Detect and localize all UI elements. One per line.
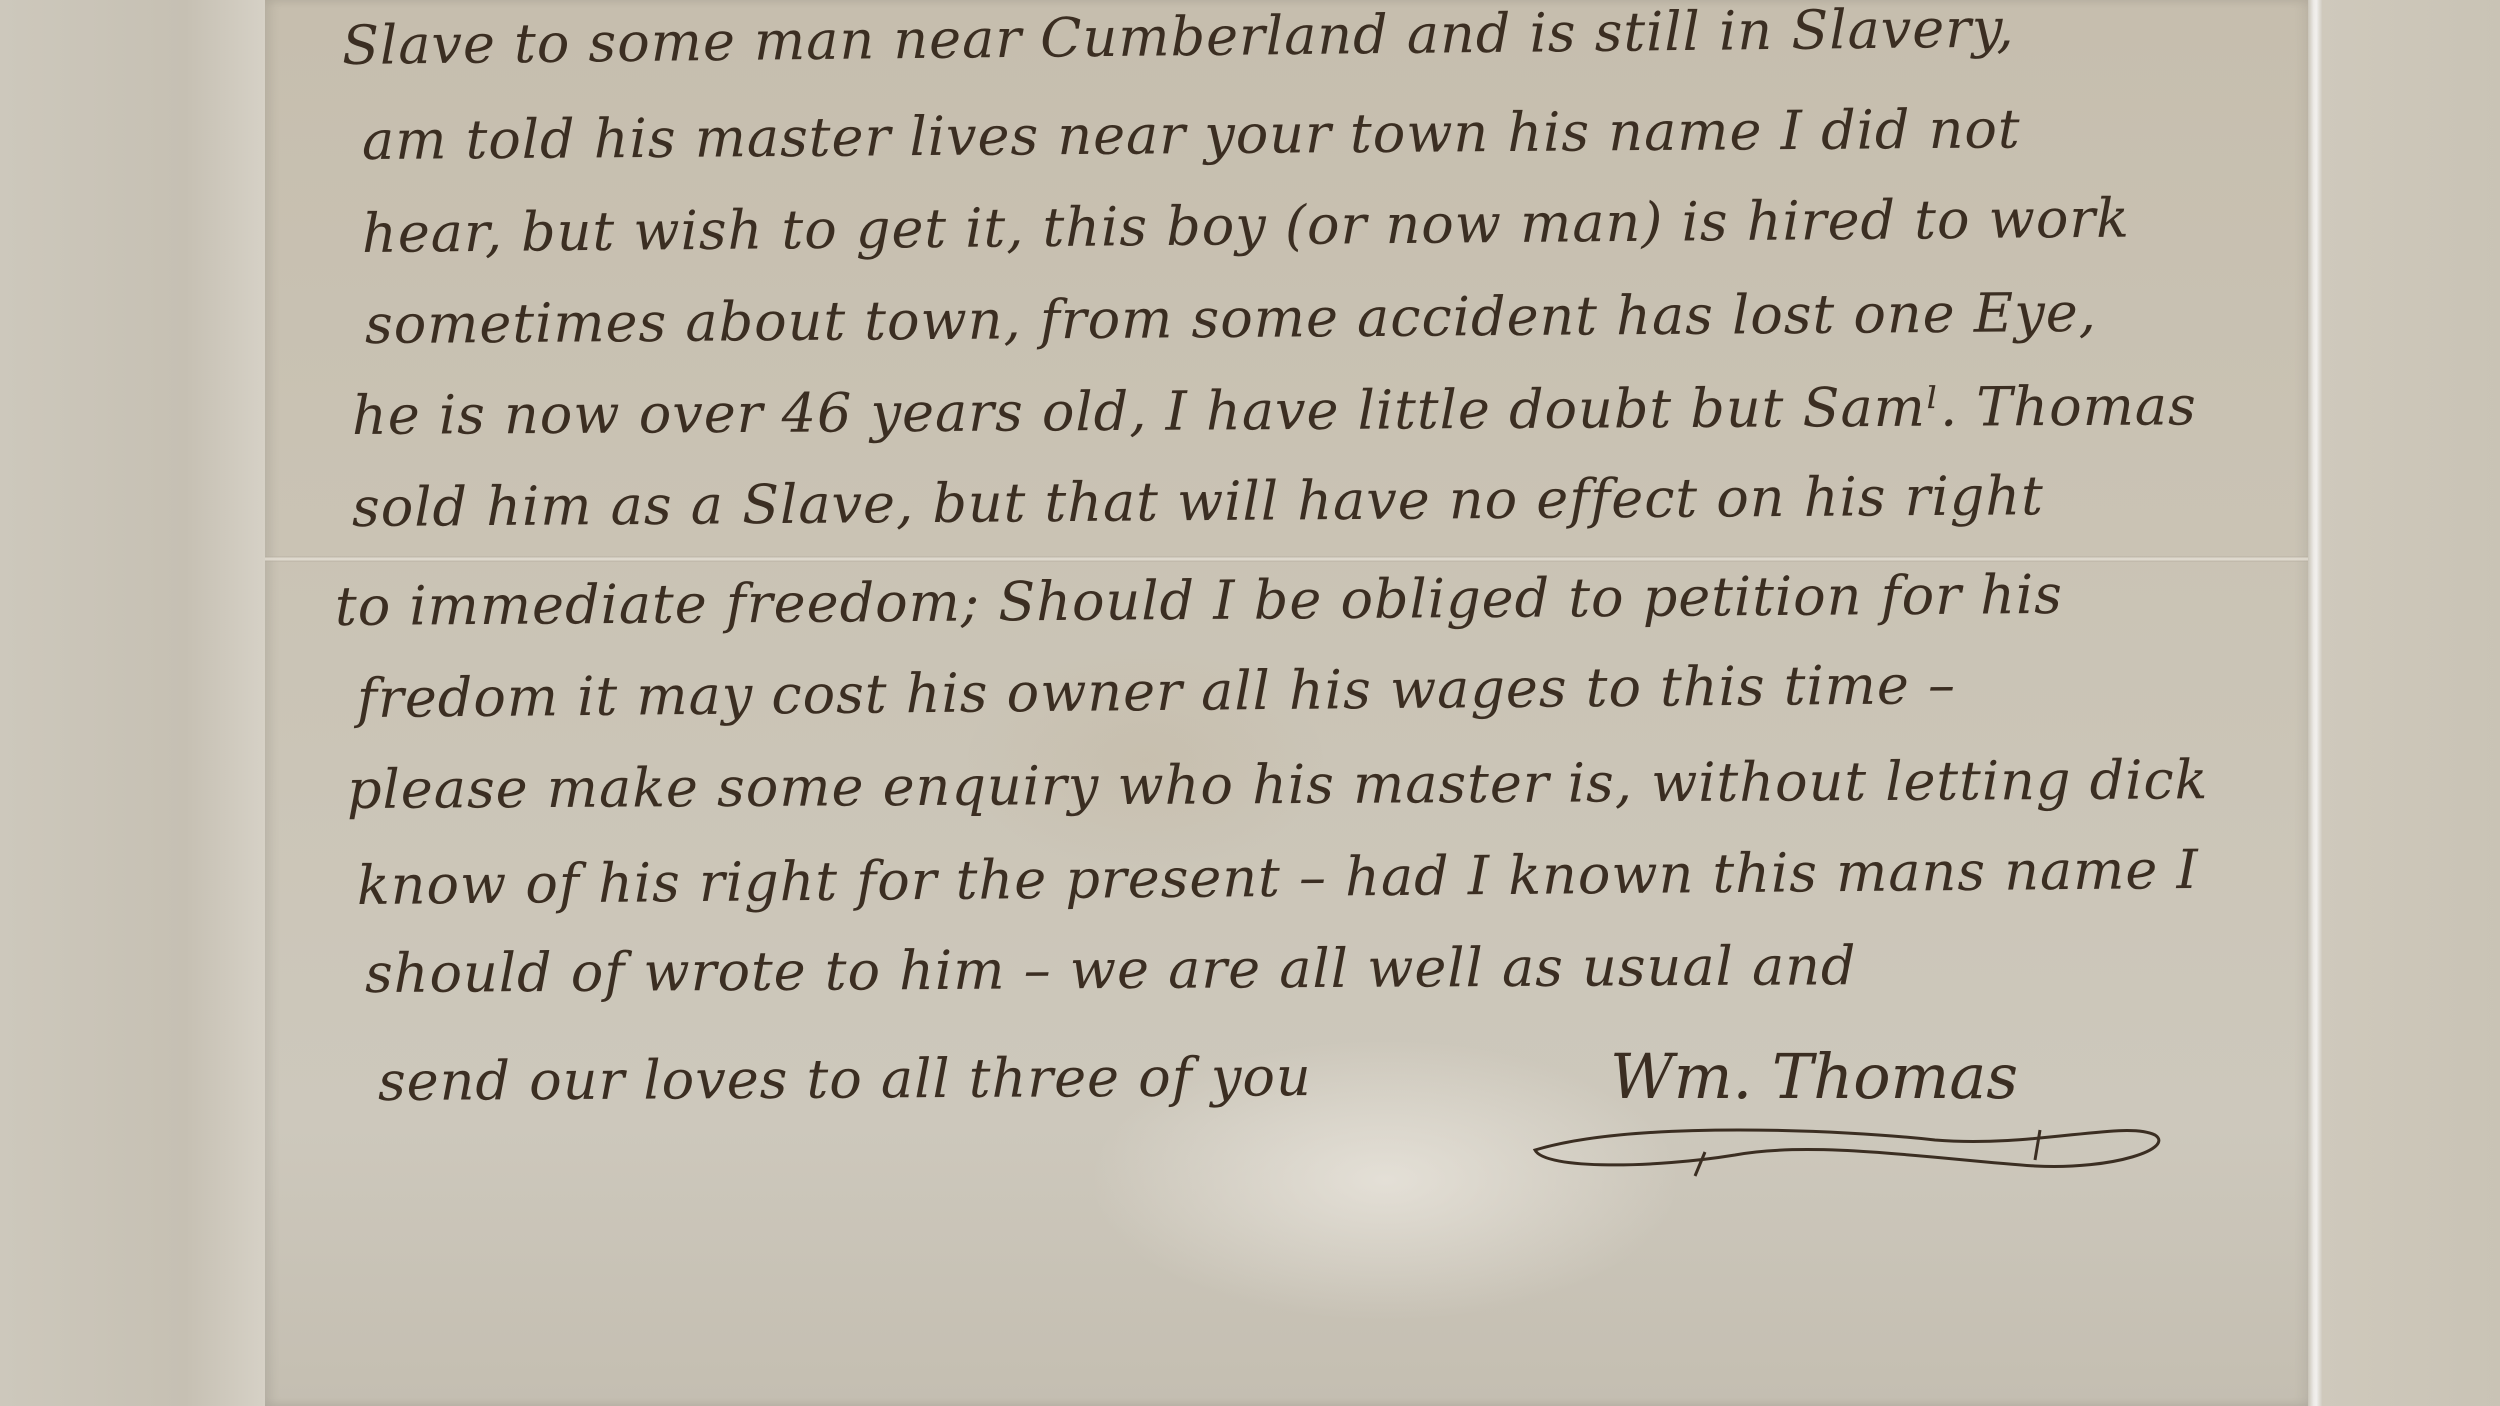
letter-line-9: please make some enquiry who his master … — [347, 748, 2209, 821]
letter-line-8: fredom it may cost his owner all his wag… — [357, 653, 1957, 730]
letter-line-5: he is now over 46 years old, I have litt… — [352, 374, 2197, 447]
framed-document-view: Slave to some man near Cumberland and is… — [0, 0, 2500, 1406]
letter-line-3: hear, but wish to get it, this boy (or n… — [362, 187, 2130, 265]
mat-border-left — [0, 0, 265, 1406]
letter-line-6: sold him as a Slave, but that will have … — [352, 464, 2044, 539]
letter-line-1: Slave to some man near Cumberland and is… — [342, 0, 2015, 77]
letter-line-7: to immediate freedom; Should I be oblige… — [335, 563, 2063, 638]
letter-line-4: sometimes about town, from some accident… — [365, 281, 2097, 356]
letter-line-11: should of wrote to him – we are all well… — [365, 934, 1857, 1005]
letter-paper: Slave to some man near Cumberland and is… — [265, 0, 2308, 1406]
mat-border-right — [2322, 0, 2500, 1406]
letter-line-12: send our loves to all three of you — [378, 1045, 1312, 1113]
signature-flourish — [1515, 1100, 2175, 1180]
letter-line-10: know of his right for the present – had … — [357, 838, 2199, 917]
letter-line-2: am told his master lives near your town … — [362, 97, 2021, 172]
frame-edge-highlight — [2308, 0, 2322, 1406]
paper-fold-line — [265, 556, 2308, 562]
